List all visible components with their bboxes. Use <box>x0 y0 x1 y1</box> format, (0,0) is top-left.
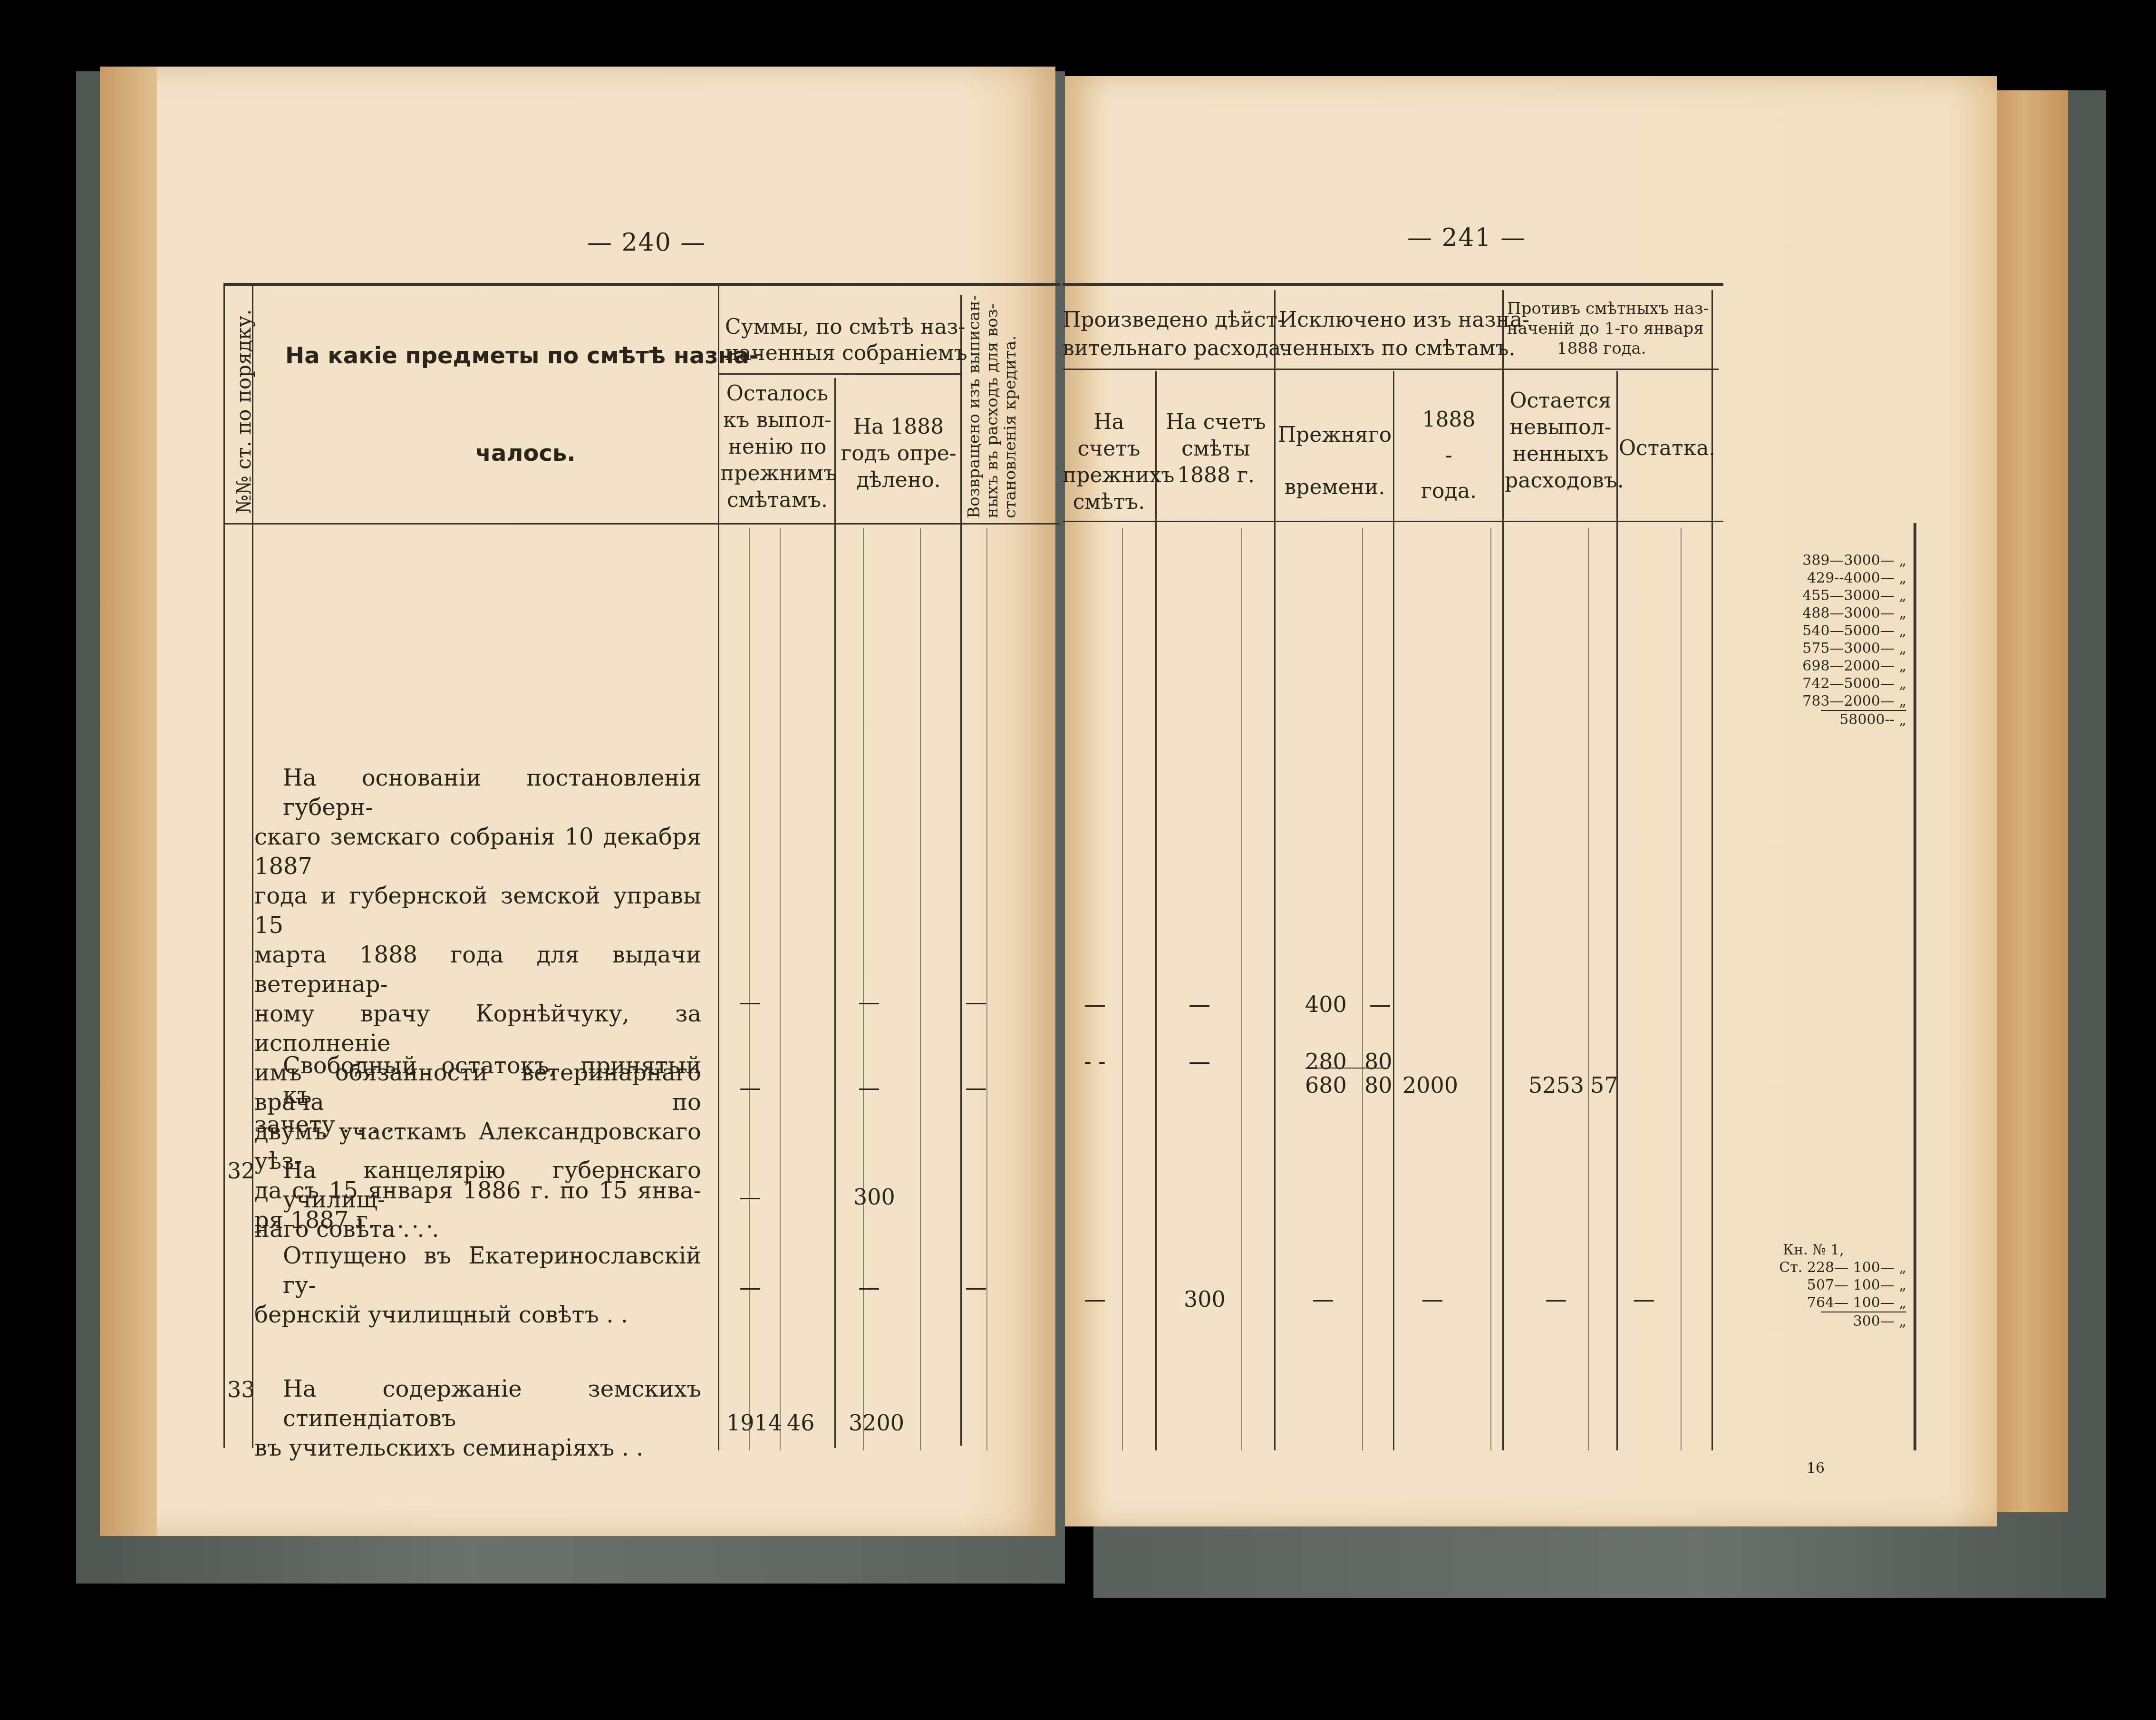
header-bottom-rule <box>223 523 1060 525</box>
header-sums-group-l1: Суммы, по смѣтѣ наз- <box>725 314 965 340</box>
col-divider <box>1155 371 1157 1450</box>
header-against-group-l3: 1888 года. <box>1557 340 1646 358</box>
cell-excl-1888: 2000 <box>1402 1072 1458 1098</box>
group-header-rule <box>1509 369 1719 370</box>
col-thin <box>1490 528 1491 1450</box>
header-prev-time: Прежняго времени. <box>1276 409 1393 514</box>
cell-excl-prev: 280 <box>1305 1049 1347 1074</box>
header-sums-group-l2: наченныя собраніемъ <box>725 340 967 367</box>
col-divider <box>834 378 836 1448</box>
col-divider <box>960 295 962 1446</box>
header-subject-line2: чалось. <box>475 440 576 466</box>
table-row: На канцелярію губернскаго училищ- наго с… <box>254 1156 701 1244</box>
header-prev-estimates: На счетъ прежнихъ смѣтъ. <box>1063 409 1155 515</box>
margin-note-1: 389—3000— „ 429--4000— „ 455—3000— „ 488… <box>1754 552 1906 729</box>
header-returned: Возвращено изъ выписан- ныхъ въ расходъ … <box>965 295 1019 518</box>
cell-returned: — <box>965 1075 987 1100</box>
cell-remaining: 1914 <box>726 1410 782 1436</box>
table-top-rule <box>1063 283 1723 286</box>
cell-excl-prev: 400 <box>1305 991 1347 1017</box>
header-against-group-l2: наченій до 1-го января <box>1507 320 1704 338</box>
table-row: Свободный остатокъ, принятый къ зачету .… <box>254 1051 701 1139</box>
cell-remaining: — <box>739 1274 761 1300</box>
col-thin <box>920 528 921 1450</box>
table-top-rule <box>223 283 1060 286</box>
header-excluded-group-l1: Исключено изъ назна- <box>1279 307 1529 333</box>
table-row: На содержаніе земскихъ стипендіатовъ въ … <box>254 1374 701 1463</box>
header-unfulfilled: Остается невыпол- ненныхъ расходовъ. <box>1505 388 1616 494</box>
cell-returned: — <box>965 989 987 1015</box>
row-number: 33 <box>227 1377 255 1402</box>
table-right-border <box>1914 523 1916 1450</box>
cell-excl-1888: — <box>1421 1286 1443 1312</box>
cell-excl-prev-kop: 80 <box>1364 1049 1392 1074</box>
header-row-number: №№ ст. по порядку. <box>231 309 257 514</box>
header-balance: Остатка. <box>1619 435 1715 462</box>
cell-remaining-kop: 46 <box>787 1410 815 1436</box>
col-thin <box>780 528 781 1450</box>
cell-prev: - - <box>1084 1049 1106 1074</box>
cell-excl-prev-kop: 80 <box>1364 1072 1392 1098</box>
page-stack-edge <box>1997 90 2068 1512</box>
col-thin <box>1122 528 1123 1450</box>
col-divider <box>1616 371 1618 1450</box>
col-divider <box>718 285 719 1450</box>
col-divider <box>1711 290 1713 1450</box>
table-left-border <box>223 283 225 1448</box>
header-spent-group-l2: вительнаго расхода. <box>1063 335 1287 362</box>
row-number: 32 <box>227 1158 255 1184</box>
cell-remaining: — <box>739 1075 761 1100</box>
left-page-edge <box>100 67 157 1536</box>
cell-1888: — <box>1189 991 1210 1017</box>
header-subject-line1: На какіе предметы по смѣтѣ назна- <box>285 342 759 369</box>
cell-returned: — <box>965 1274 987 1300</box>
cell-balance: — <box>1633 1286 1655 1312</box>
right-page-number: — 241 — <box>1407 224 1526 252</box>
cell-1888: 300 <box>1184 1286 1226 1312</box>
col-thin <box>1681 528 1682 1450</box>
table-row: Отпущено въ Екатеринославскій гу- бернск… <box>254 1241 701 1330</box>
cell-excl-prev-kop: — <box>1369 991 1391 1017</box>
header-assigned-1888: На 1888 годъ опре- дѣлено. <box>837 414 960 494</box>
cell-unfulfilled: — <box>1545 1286 1567 1312</box>
margin-note-2: Кн. № 1, Ст. 228— 100— „ 507— 100— „ 764… <box>1754 1241 1906 1330</box>
cell-assigned: 300 <box>853 1184 895 1210</box>
left-page-number: — 240 — <box>587 228 706 257</box>
col-divider <box>1393 371 1394 1450</box>
group-header-rule <box>1063 369 1538 370</box>
cell-excl-prev: 680 <box>1305 1072 1347 1098</box>
col-divider <box>1502 290 1504 1450</box>
cell-remaining: — <box>739 989 761 1015</box>
cell-excl-prev: — <box>1312 1286 1334 1312</box>
header-remaining: Осталось къ выпол- ненію по прежнимъ смѣ… <box>720 380 834 514</box>
cell-unfulfilled: 5253 <box>1528 1072 1584 1098</box>
header-spent-group-l1: Произведено дѣйст- <box>1063 307 1285 333</box>
header-excluded-group-l2: ченныхъ по смѣтамъ. <box>1279 335 1516 362</box>
cell-1888: — <box>1189 1049 1210 1074</box>
group-header-rule <box>718 373 960 375</box>
col-divider <box>1274 290 1276 1450</box>
cell-prev: — <box>1084 1286 1106 1312</box>
col-thin <box>1362 528 1363 1450</box>
cell-remaining: — <box>739 1184 761 1210</box>
header-year-1888: 1888 - года. <box>1395 402 1502 509</box>
header-estimate-1888: На счетъ смѣты 1888 г. <box>1158 409 1274 489</box>
cell-assigned: — <box>858 1075 880 1100</box>
cell-prev: — <box>1084 991 1106 1017</box>
header-against-group-l1: Противъ смѣтныхъ наз- <box>1507 300 1709 318</box>
col-thin <box>1588 528 1589 1450</box>
cell-unfulfilled-kop: 57 <box>1590 1072 1618 1098</box>
sum-rule <box>1305 1068 1386 1069</box>
cell-assigned: — <box>858 989 880 1015</box>
col-thin <box>1241 528 1242 1450</box>
signature-mark: 16 <box>1807 1460 1825 1477</box>
cell-assigned: 3200 <box>849 1410 904 1436</box>
cell-assigned: — <box>858 1274 880 1300</box>
